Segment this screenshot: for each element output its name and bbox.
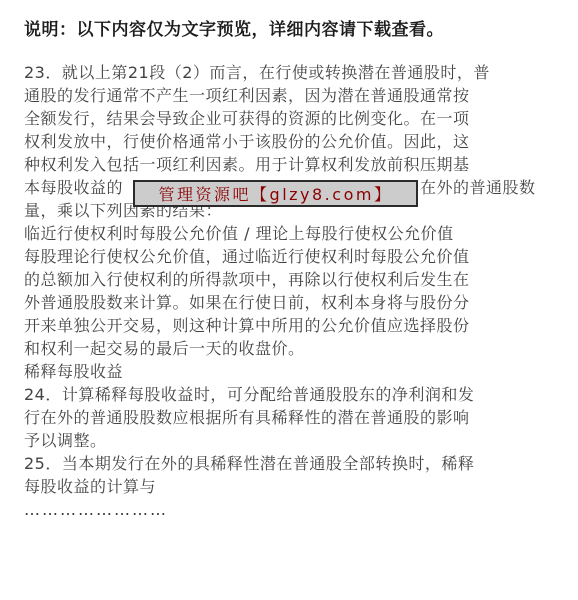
split-line-right-fragment: 在外的普通股数 bbox=[420, 176, 536, 199]
document-preview-page: 说明：以下内容仅为文字预览，详细内容请下载查看。 23．就以上第21段（2）而言… bbox=[0, 0, 578, 600]
body-line: 临近行使权利时每股公允价值 / 理论上每股行使权公允价值 bbox=[24, 222, 564, 245]
watermark-box: 管理资源吧【glzy8.com】 bbox=[133, 180, 418, 207]
body-line: 予以调整。 bbox=[24, 429, 564, 452]
body-line: 种权利发入包括一项红利因素。用于计算权利发放前积压期基 bbox=[24, 153, 564, 176]
body-line: 外普通股股数来计算。如果在行使日前，权利本身将与股份分 bbox=[24, 291, 564, 314]
body-line: 和权利一起交易的最后一天的收盘价。 bbox=[24, 337, 564, 360]
body-line: 行在外的普通股股数应根据所有具稀释性的潜在普通股的影响 bbox=[24, 406, 564, 429]
body-line: 23．就以上第21段（2）而言，在行使或转换潜在普通股时，普 bbox=[24, 61, 564, 84]
body-line: 权利发放中，行使价格通常小于该股份的公允价值。因此，这 bbox=[24, 130, 564, 153]
body-line: 25．当本期发行在外的具稀释性潜在普通股全部转换时，稀释 bbox=[24, 452, 564, 475]
body-line: 通股的发行通常不产生一项红利因素，因为潜在普通股通常按 bbox=[24, 84, 564, 107]
body-line: 开来单独公开交易，则这种计算中所用的公允价值应选择股份 bbox=[24, 314, 564, 337]
body-line: 24．计算稀释每股收益时，可分配给普通股股东的净利润和发 bbox=[24, 383, 564, 406]
body-line: 的总额加入行使权利的所得款项中，再除以行使权利后发生在 bbox=[24, 268, 564, 291]
watermark-site-label: 管理资源吧【glzy8.com】 bbox=[159, 182, 393, 205]
truncation-dots: …………………… bbox=[24, 498, 564, 521]
split-line-left-fragment: 本每股收益的 bbox=[24, 178, 123, 197]
document-body: 23．就以上第21段（2）而言，在行使或转换潜在普通股时，普 通股的发行通常不产… bbox=[24, 61, 564, 521]
section-heading-diluted-eps: 稀释每股收益 bbox=[24, 360, 564, 383]
body-line: 全额发行，结果会导致企业可获得的资源的比例变化。在一项 bbox=[24, 107, 564, 130]
preview-notice-header: 说明：以下内容仅为文字预览，详细内容请下载查看。 bbox=[24, 15, 444, 40]
body-line: 每股收益的计算与 bbox=[24, 475, 564, 498]
body-line: 每股理论行使权公允价值，通过临近行使权利时每股公允价值 bbox=[24, 245, 564, 268]
